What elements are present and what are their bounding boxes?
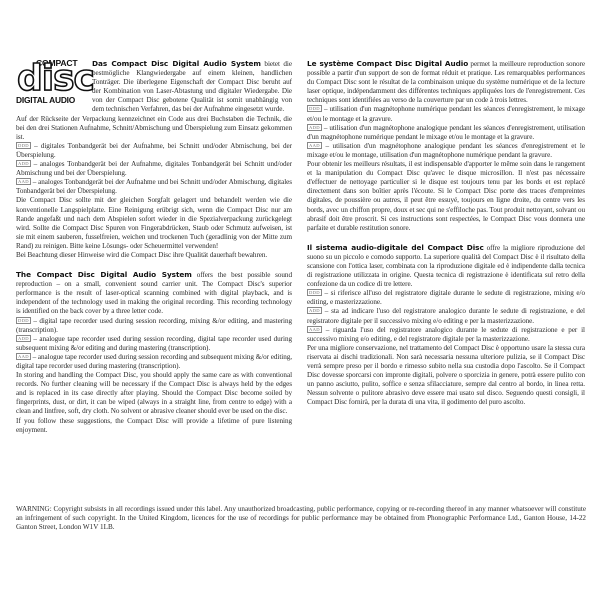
code-badge: DDD: [307, 289, 322, 296]
italian-intro: Il sistema audio-digitale del Compact Di…: [307, 243, 585, 289]
left-column: COMPACT disc DIGITAL AUDIO Das Compact D…: [16, 59, 292, 435]
code-badge: ADD: [16, 160, 31, 167]
code-badge: DDD: [307, 105, 322, 112]
italian-title: Il sistema audio-digitale del Compact Di…: [307, 243, 484, 252]
logo-disc-text: disc: [17, 62, 94, 96]
english-title: The Compact Disc Digital Audio System: [16, 270, 192, 279]
code-badge: DDD: [16, 142, 31, 149]
german-code-intro: Auf der Rückseite der Verpackung kennzei…: [16, 115, 292, 142]
code-badge: AAD: [307, 326, 322, 333]
code-badge: ADD: [307, 307, 322, 314]
code-badge: ADD: [307, 124, 322, 131]
german-code-aad: AAD – analoges Tonbandgerät bei der Aufn…: [16, 178, 292, 196]
english-intro: The Compact Disc Digital Audio System of…: [16, 270, 292, 316]
english-code-add: ADD – analogue tape recorder used during…: [16, 335, 292, 353]
german-code-add: ADD – analoges Tonbandgerät bei der Aufn…: [16, 160, 292, 178]
german-title: Das Compact Disc Digital Audio System: [92, 59, 261, 68]
italian-code-ddd: DDD – si riferisce all'uso del registrat…: [307, 289, 585, 307]
french-code-ddd: DDD – utilisation d'un magnétophone numé…: [307, 105, 585, 123]
italian-code-aad: AAD – riguarda l'uso del registratore an…: [307, 326, 585, 344]
german-closing: Bei Beachtung dieser Hinweise wird die C…: [16, 251, 292, 260]
right-column: Le système Compact Disc Digital Audio pe…: [307, 59, 585, 407]
french-care: Pour obtenir les meilleurs résultats, il…: [307, 160, 585, 233]
copyright-warning: WARNING: Copyright subsists in all recor…: [16, 505, 586, 532]
compact-disc-logo: COMPACT disc DIGITAL AUDIO: [16, 59, 87, 105]
french-code-add: ADD – utilisation d'un magnétophone anal…: [307, 124, 585, 142]
english-closing: If you follow these suggestions, the Com…: [16, 417, 292, 435]
code-badge: AAD: [307, 142, 322, 149]
code-badge: ADD: [16, 335, 31, 342]
english-care: In storing and handling the Compact Disc…: [16, 371, 292, 416]
german-care: Die Compact Disc sollte mit der gleichen…: [16, 196, 292, 251]
code-badge: AAD: [16, 178, 31, 185]
english-code-ddd: DDD – digital tape recorder used during …: [16, 317, 292, 335]
german-code-ddd: DDD – digitales Tonbandgerät bei der Auf…: [16, 142, 292, 160]
english-code-aad: AAD – analogue tape recorder used during…: [16, 353, 292, 371]
german-section: COMPACT disc DIGITAL AUDIO Das Compact D…: [16, 59, 292, 115]
code-badge: DDD: [16, 317, 31, 324]
french-code-aad: AAD – utilisation d'un magnétophone anal…: [307, 142, 585, 160]
italian-care: Per una migliore conservazione, nel trat…: [307, 344, 585, 408]
code-badge: AAD: [16, 353, 31, 360]
french-intro: Le système Compact Disc Digital Audio pe…: [307, 59, 585, 105]
french-title: Le système Compact Disc Digital Audio: [307, 59, 468, 68]
italian-code-add: ADD – sta ad indicare l'uso del registra…: [307, 307, 585, 325]
logo-digital-audio-text: DIGITAL AUDIO: [16, 96, 75, 105]
